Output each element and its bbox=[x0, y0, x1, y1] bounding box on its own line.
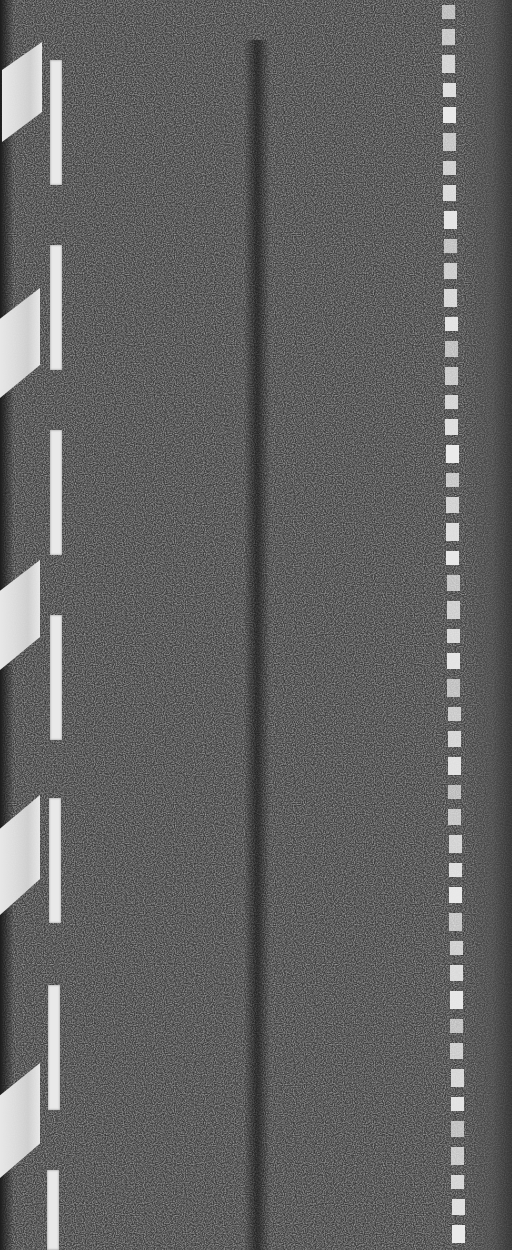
lane-dash bbox=[50, 430, 62, 555]
edge-line-block bbox=[444, 263, 457, 279]
edge-line-block bbox=[451, 1175, 464, 1189]
edge-line-block bbox=[452, 1225, 465, 1243]
edge-line-block bbox=[447, 629, 460, 643]
edge-line-block bbox=[445, 341, 458, 357]
edge-line-block bbox=[447, 679, 460, 697]
edge-line-block bbox=[449, 863, 462, 877]
edge-line-block bbox=[447, 653, 460, 669]
edge-line-block bbox=[450, 965, 463, 981]
edge-line-block bbox=[446, 523, 459, 541]
edge-line-block bbox=[443, 107, 456, 123]
edge-line-block bbox=[444, 289, 457, 307]
edge-line-block bbox=[443, 185, 456, 201]
edge-line-block bbox=[447, 575, 460, 591]
edge-line-block bbox=[451, 1147, 464, 1165]
edge-line-block bbox=[450, 941, 463, 955]
edge-line-block bbox=[442, 29, 455, 45]
edge-line-block bbox=[446, 497, 459, 513]
edge-line-block bbox=[448, 757, 461, 775]
edge-line-block bbox=[448, 707, 461, 721]
longitudinal-crack bbox=[244, 40, 270, 1250]
edge-line-block bbox=[449, 913, 462, 931]
edge-line-block bbox=[448, 809, 461, 825]
edge-line-block bbox=[446, 551, 459, 565]
edge-line-block bbox=[447, 601, 460, 619]
edge-line-block bbox=[443, 161, 456, 175]
edge-line-block bbox=[450, 991, 463, 1009]
edge-line-block bbox=[449, 835, 462, 853]
lane-dash bbox=[48, 985, 60, 1110]
edge-line-block bbox=[445, 419, 458, 435]
lane-dash bbox=[50, 245, 62, 370]
edge-line-block bbox=[443, 133, 456, 151]
lane-dash bbox=[50, 615, 62, 740]
edge-line-block bbox=[445, 367, 458, 385]
edge-line-block bbox=[450, 1043, 463, 1059]
edge-line-block bbox=[443, 83, 456, 97]
right-shoulder bbox=[462, 0, 512, 1250]
edge-line-block bbox=[446, 445, 459, 463]
edge-line-block bbox=[451, 1069, 464, 1087]
edge-line-block bbox=[452, 1199, 465, 1215]
lane-dash bbox=[50, 60, 62, 185]
edge-line-block bbox=[446, 473, 459, 487]
edge-line-block bbox=[442, 5, 455, 19]
road-surface bbox=[0, 0, 512, 1250]
edge-line-block bbox=[450, 1019, 463, 1033]
edge-line-block bbox=[444, 211, 457, 229]
edge-line-block bbox=[451, 1097, 464, 1111]
edge-line-block bbox=[444, 239, 457, 253]
edge-line-block bbox=[445, 395, 458, 409]
edge-line-block bbox=[449, 887, 462, 903]
edge-line-block bbox=[448, 785, 461, 799]
edge-line-block bbox=[442, 55, 455, 73]
edge-line-block bbox=[448, 731, 461, 747]
edge-line-block bbox=[451, 1121, 464, 1137]
edge-line-block bbox=[445, 317, 458, 331]
lane-dash bbox=[47, 1170, 59, 1250]
lane-dash bbox=[49, 798, 61, 923]
